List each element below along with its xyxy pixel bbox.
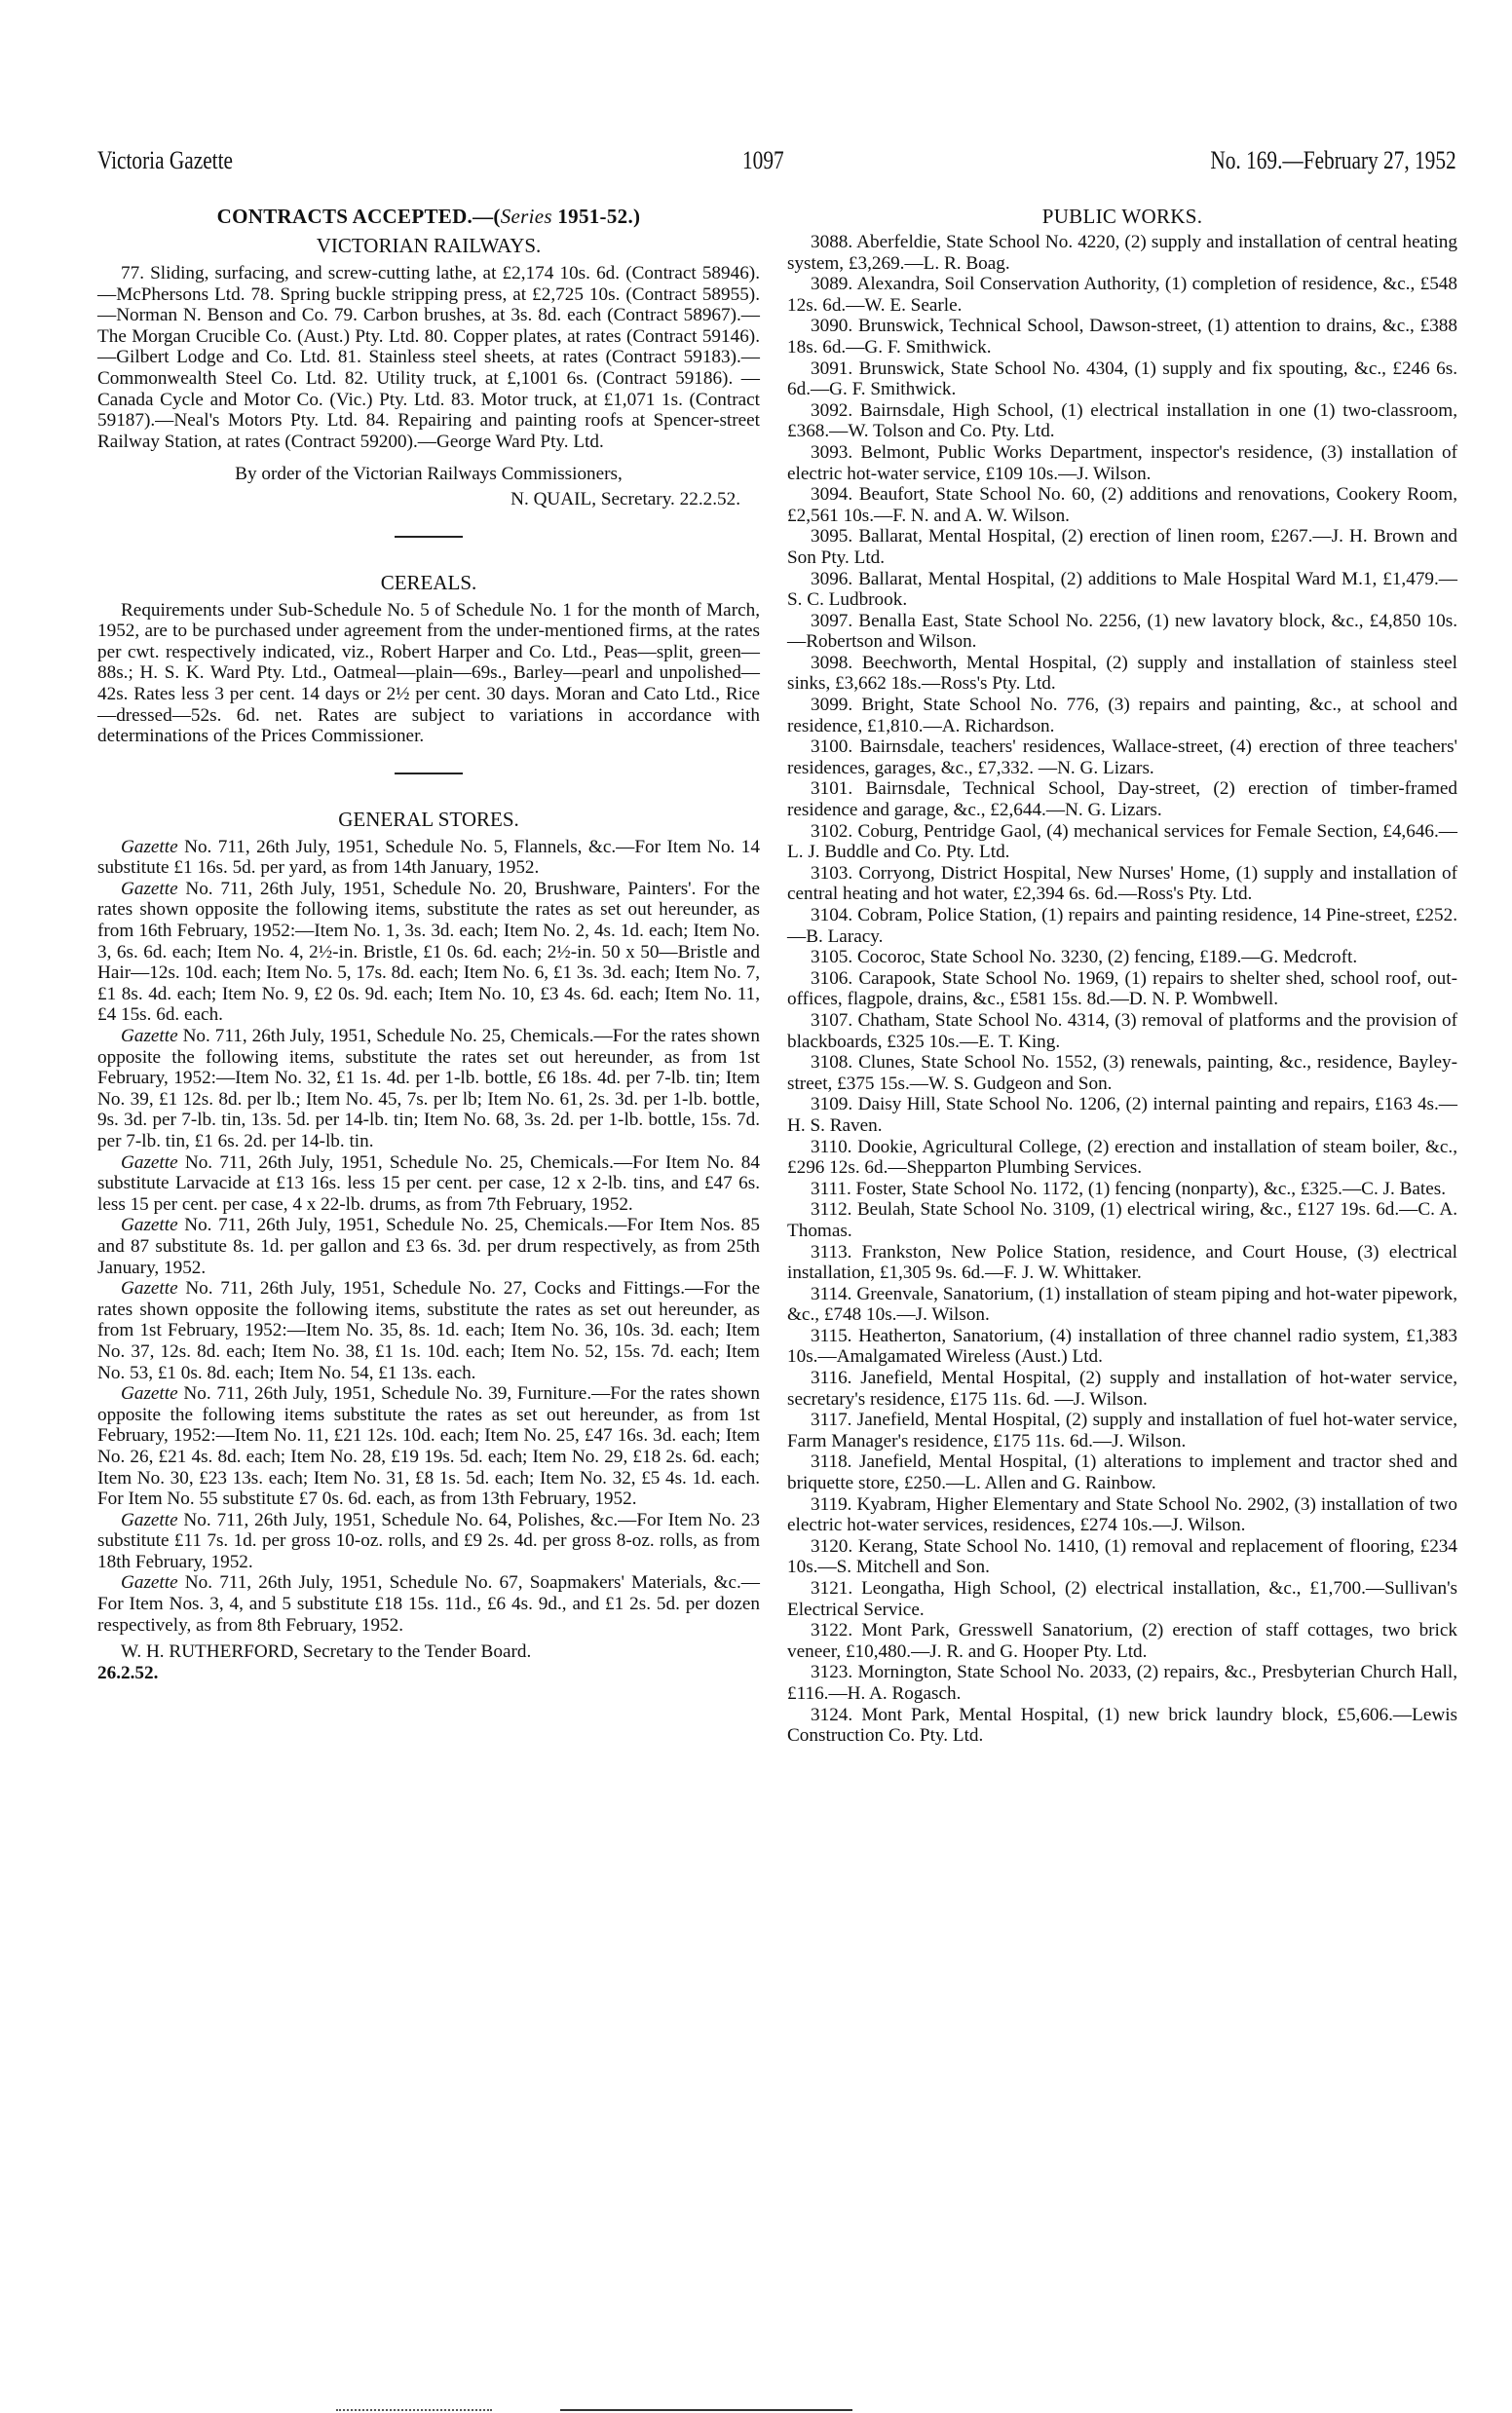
- footer-rule-dotted: [336, 2409, 492, 2411]
- section-title-contracts: CONTRACTS ACCEPTED.—(Series 1951-52.): [97, 205, 760, 228]
- cereals-section: CEREALS. Requirements under Sub-Schedule…: [97, 571, 760, 747]
- public-works-entry: 3090. Brunswick, Technical School, Dawso…: [787, 316, 1457, 358]
- public-works-entry: 3107. Chatham, State School No. 4314, (3…: [787, 1010, 1457, 1052]
- public-works-entry: 3103. Corryong, District Hospital, New N…: [787, 863, 1457, 905]
- gazette-label: Gazette: [121, 1572, 178, 1593]
- publication-title: Victoria Gazette: [97, 146, 233, 175]
- signoff-secretary: N. QUAIL, Secretary. 22.2.52.: [97, 489, 760, 510]
- gazette-label: Gazette: [121, 1383, 178, 1404]
- public-works-entry: 3099. Bright, State School No. 776, (3) …: [787, 695, 1457, 736]
- public-works-entry: 3111. Foster, State School No. 1172, (1)…: [787, 1179, 1457, 1200]
- series-label: Series: [501, 205, 552, 228]
- entry-text: No. 711, 26th July, 1951, Schedule No. 2…: [97, 1215, 760, 1277]
- public-works-entry: 3109. Daisy Hill, State School No. 1206,…: [787, 1094, 1457, 1136]
- public-works-entry: 3097. Benalla East, State School No. 225…: [787, 611, 1457, 653]
- section-divider: [395, 773, 463, 774]
- issue-date: No. 169.—February 27, 1952: [1211, 146, 1456, 175]
- public-works-entry: 3089. Alexandra, Soil Conservation Autho…: [787, 274, 1457, 316]
- page-number: 1097: [742, 146, 784, 175]
- contracts-title: CONTRACTS ACCEPTED.: [217, 205, 472, 228]
- public-works-entry: 3100. Bairnsdale, teachers' residences, …: [787, 736, 1457, 778]
- left-column: CONTRACTS ACCEPTED.—(Series 1951-52.) VI…: [97, 205, 760, 1683]
- gazette-label: Gazette: [121, 1152, 178, 1173]
- public-works-entries: 3088. Aberfeldie, State School No. 4220,…: [787, 232, 1457, 1747]
- general-stores-entry: Gazette No. 711, 26th July, 1951, Schedu…: [97, 1383, 760, 1510]
- general-stores-entry: Gazette No. 711, 26th July, 1951, Schedu…: [97, 1510, 760, 1573]
- public-works-entry: 3120. Kerang, State School No. 1410, (1)…: [787, 1536, 1457, 1578]
- public-works-entry: 3101. Bairnsdale, Technical School, Day-…: [787, 778, 1457, 820]
- general-stores-entry: Gazette No. 711, 26th July, 1951, Schedu…: [97, 879, 760, 1026]
- footer-rule: [560, 2409, 852, 2411]
- public-works-entry: 3115. Heatherton, Sanatorium, (4) instal…: [787, 1326, 1457, 1368]
- general-stores-entry: Gazette No. 711, 26th July, 1951, Schedu…: [97, 1572, 760, 1636]
- section-divider: [395, 536, 463, 538]
- title-dash: —(: [472, 205, 501, 228]
- public-works-entry: 3093. Belmont, Public Works Department, …: [787, 442, 1457, 484]
- public-works-entry: 3116. Janefield, Mental Hospital, (2) su…: [787, 1368, 1457, 1410]
- gazette-label: Gazette: [121, 1215, 178, 1235]
- section-title-public-works: PUBLIC WORKS.: [787, 205, 1457, 228]
- contracts-accepted-section: CONTRACTS ACCEPTED.—(Series 1951-52.) VI…: [97, 205, 760, 510]
- general-stores-entry: Gazette No. 711, 26th July, 1951, Schedu…: [97, 1215, 760, 1278]
- public-works-entry: 3095. Ballarat, Mental Hospital, (2) ere…: [787, 526, 1457, 568]
- entry-text: No. 711, 26th July, 1951, Schedule No. 3…: [97, 1383, 760, 1509]
- right-column: PUBLIC WORKS. 3088. Aberfeldie, State Sc…: [787, 205, 1457, 1747]
- gazette-label: Gazette: [121, 1510, 178, 1530]
- public-works-entry: 3119. Kyabram, Higher Elementary and Sta…: [787, 1494, 1457, 1536]
- section-title-general-stores: GENERAL STORES.: [97, 808, 760, 831]
- gazette-label: Gazette: [121, 837, 178, 857]
- public-works-entry: 3096. Ballarat, Mental Hospital, (2) add…: [787, 569, 1457, 611]
- signature-date: 26.2.52.: [97, 1663, 760, 1684]
- public-works-entry: 3088. Aberfeldie, State School No. 4220,…: [787, 232, 1457, 274]
- entry-text: No. 711, 26th July, 1951, Schedule No. 2…: [97, 1278, 760, 1382]
- cereals-body: Requirements under Sub-Schedule No. 5 of…: [97, 600, 760, 747]
- entry-text: No. 711, 26th July, 1951, Schedule No. 2…: [97, 1026, 760, 1151]
- subhead-victorian-railways: VICTORIAN RAILWAYS.: [97, 234, 760, 257]
- signoff-order: By order of the Victorian Railways Commi…: [97, 464, 760, 485]
- public-works-section: PUBLIC WORKS. 3088. Aberfeldie, State Sc…: [787, 205, 1457, 1747]
- public-works-entry: 3098. Beechworth, Mental Hospital, (2) s…: [787, 653, 1457, 695]
- general-stores-entries: Gazette No. 711, 26th July, 1951, Schedu…: [97, 837, 760, 1637]
- public-works-entry: 3091. Brunswick, State School No. 4304, …: [787, 358, 1457, 400]
- entry-text: No. 711, 26th July, 1951, Schedule No. 2…: [97, 879, 760, 1026]
- public-works-entry: 3112. Beulah, State School No. 3109, (1)…: [787, 1199, 1457, 1241]
- public-works-entry: 3118. Janefield, Mental Hospital, (1) al…: [787, 1452, 1457, 1493]
- public-works-entry: 3117. Janefield, Mental Hospital, (2) su…: [787, 1410, 1457, 1452]
- public-works-entry: 3110. Dookie, Agricultural College, (2) …: [787, 1137, 1457, 1179]
- entry-text: No. 711, 26th July, 1951, Schedule No. 6…: [97, 1572, 760, 1635]
- general-stores-section: GENERAL STORES. Gazette No. 711, 26th Ju…: [97, 808, 760, 1684]
- gazette-label: Gazette: [121, 1278, 178, 1299]
- public-works-entry: 3094. Beaufort, State School No. 60, (2)…: [787, 484, 1457, 526]
- entry-text: No. 711, 26th July, 1951, Schedule No. 6…: [97, 1510, 760, 1572]
- general-stores-entry: Gazette No. 711, 26th July, 1951, Schedu…: [97, 1026, 760, 1152]
- public-works-entry: 3122. Mont Park, Gresswell Sanatorium, (…: [787, 1620, 1457, 1662]
- section-title-cereals: CEREALS.: [97, 571, 760, 594]
- public-works-entry: 3108. Clunes, State School No. 1552, (3)…: [787, 1052, 1457, 1094]
- gazette-label: Gazette: [121, 879, 178, 899]
- public-works-entry: 3106. Carapook, State School No. 1969, (…: [787, 968, 1457, 1010]
- series-years: 1951-52.): [552, 205, 641, 228]
- public-works-entry: 3092. Bairnsdale, High School, (1) elect…: [787, 400, 1457, 442]
- general-stores-entry: Gazette No. 711, 26th July, 1951, Schedu…: [97, 1278, 760, 1383]
- entry-text: No. 711, 26th July, 1951, Schedule No. 2…: [97, 1152, 760, 1215]
- page-header: Victoria Gazette 1097 No. 169.—February …: [97, 146, 1456, 181]
- public-works-entry: 3104. Cobram, Police Station, (1) repair…: [787, 905, 1457, 947]
- general-stores-entry: Gazette No. 711, 26th July, 1951, Schedu…: [97, 1152, 760, 1216]
- public-works-entry: 3124. Mont Park, Mental Hospital, (1) ne…: [787, 1705, 1457, 1747]
- contracts-body: 77. Sliding, surfacing, and screw-cuttin…: [97, 263, 760, 452]
- public-works-entry: 3123. Mornington, State School No. 2033,…: [787, 1662, 1457, 1704]
- tender-board-signature: W. H. RUTHERFORD, Secretary to the Tende…: [97, 1641, 760, 1663]
- entry-text: No. 711, 26th July, 1951, Schedule No. 5…: [97, 837, 760, 879]
- public-works-entry: 3113. Frankston, New Police Station, res…: [787, 1242, 1457, 1284]
- public-works-entry: 3114. Greenvale, Sanatorium, (1) install…: [787, 1284, 1457, 1326]
- public-works-entry: 3121. Leongatha, High School, (2) electr…: [787, 1578, 1457, 1620]
- gazette-label: Gazette: [121, 1026, 178, 1046]
- public-works-entry: 3105. Cocoroc, State School No. 3230, (2…: [787, 947, 1457, 968]
- general-stores-entry: Gazette No. 711, 26th July, 1951, Schedu…: [97, 837, 760, 879]
- public-works-entry: 3102. Coburg, Pentridge Gaol, (4) mechan…: [787, 821, 1457, 863]
